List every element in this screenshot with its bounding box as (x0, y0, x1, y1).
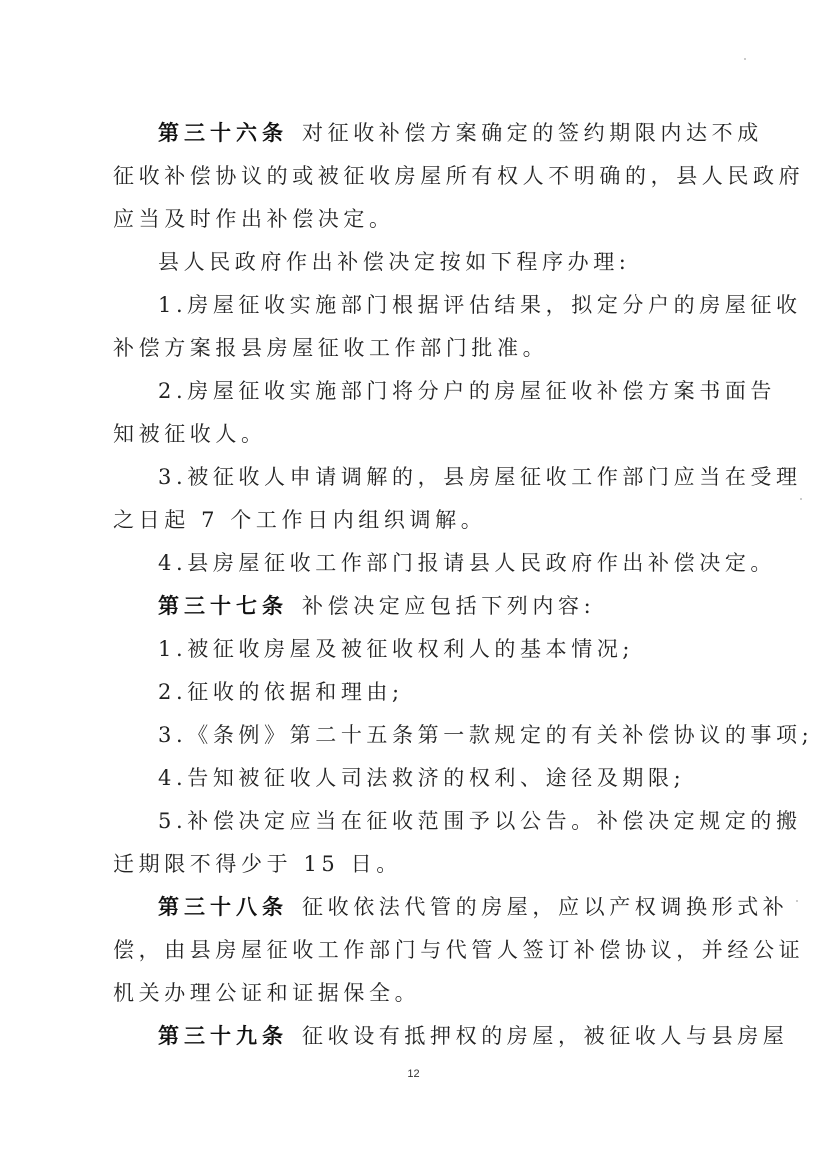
procedure-item-1-line-1: 1.房屋征收实施部门根据评估结果，拟定分户的房屋征收 (158, 290, 758, 320)
procedure-item-1-line-2: 补偿方案报县房屋征收工作部门批准。 (113, 333, 713, 363)
content-item-5-line-1: 5.补偿决定应当在征收范围予以公告。补偿决定规定的搬 (158, 806, 758, 836)
document-page: 第三十六条对征收补偿方案确定的签约期限内达不成 征收补偿协议的或被征收房屋所有权… (0, 0, 827, 1169)
procedure-item-3-line-2: 之日起 7 个工作日内组织调解。 (113, 505, 713, 535)
article-number: 第三十八条 (158, 895, 288, 919)
paragraph-text: 征收设有抵押权的房屋，被征收人与县房屋 (302, 1024, 788, 1048)
procedure-item-2-line-2: 知被征收人。 (113, 419, 713, 449)
paragraph-text: 1.被征收房屋及被征收权利人的基本情况; (158, 637, 634, 661)
scan-speck (796, 900, 798, 902)
article-number: 第三十六条 (158, 121, 288, 145)
paragraph-text: 3.被征收人申请调解的，县房屋征收工作部门应当在受理 (158, 465, 802, 489)
paragraph-text: 之日起 7 个工作日内组织调解。 (113, 508, 486, 532)
page-number: 12 (0, 1068, 827, 1080)
procedure-item-3-line-1: 3.被征收人申请调解的，县房屋征收工作部门应当在受理 (158, 462, 758, 492)
paragraph-text: 知被征收人。 (113, 422, 267, 446)
paragraph-text: 征收依法代管的房屋，应以产权调换形式补 (302, 895, 788, 919)
paragraph-text: 征收补偿协议的或被征收房屋所有权人不明确的，县人民政府 (113, 164, 804, 188)
paragraph-text: 2.房屋征收实施部门将分户的房屋征收补偿方案书面告 (158, 379, 776, 403)
content-item-2: 2.征收的依据和理由; (158, 677, 758, 707)
paragraph-text: 对征收补偿方案确定的签约期限内达不成 (302, 121, 763, 145)
article-38-line-2: 偿，由县房屋征收工作部门与代管人签订补偿协议，并经公证 (113, 935, 713, 965)
article-39-line-1: 第三十九条征收设有抵押权的房屋，被征收人与县房屋 (158, 1021, 758, 1051)
content-item-3: 3.《条例》第二十五条第一款规定的有关补偿协议的事项; (158, 720, 758, 750)
paragraph-text: 补偿方案报县房屋征收工作部门批准。 (113, 336, 548, 360)
content-item-1: 1.被征收房屋及被征收权利人的基本情况; (158, 634, 758, 664)
article-36-line-3: 应当及时作出补偿决定。 (113, 204, 713, 234)
article-36-line-1: 第三十六条对征收补偿方案确定的签约期限内达不成 (158, 118, 758, 148)
article-number: 第三十七条 (158, 594, 288, 618)
paragraph-text: 3.《条例》第二十五条第一款规定的有关补偿协议的事项; (158, 723, 813, 747)
content-item-4: 4.告知被征收人司法救济的权利、途径及期限; (158, 763, 758, 793)
content-item-5-line-2: 迁期限不得少于 15 日。 (113, 849, 713, 879)
article-38-line-1: 第三十八条征收依法代管的房屋，应以产权调换形式补 (158, 892, 758, 922)
article-37-heading: 第三十七条补偿决定应包括下列内容: (158, 591, 758, 621)
article-38-line-3: 机关办理公证和证据保全。 (113, 978, 713, 1008)
paragraph-text: 补偿决定应包括下列内容: (302, 594, 595, 618)
paragraph-text: 县人民政府作出补偿决定按如下程序办理: (158, 250, 630, 274)
procedure-intro: 县人民政府作出补偿决定按如下程序办理: (158, 247, 758, 277)
paragraph-text: 2.征收的依据和理由; (158, 680, 404, 704)
paragraph-text: 应当及时作出补偿决定。 (113, 207, 395, 231)
procedure-item-4: 4.县房屋征收工作部门报请县人民政府作出补偿决定。 (158, 548, 758, 578)
article-36-line-2: 征收补偿协议的或被征收房屋所有权人不明确的，县人民政府 (113, 161, 713, 191)
scan-speck (744, 58, 746, 60)
scan-speck (800, 498, 802, 500)
paragraph-text: 迁期限不得少于 15 日。 (113, 852, 402, 876)
paragraph-text: 偿，由县房屋征收工作部门与代管人签订补偿协议，并经公证 (113, 938, 804, 962)
paragraph-text: 4.告知被征收人司法救济的权利、途径及期限; (158, 766, 685, 790)
paragraph-text: 4.县房屋征收工作部门报请县人民政府作出补偿决定。 (158, 551, 776, 575)
procedure-item-2-line-1: 2.房屋征收实施部门将分户的房屋征收补偿方案书面告 (158, 376, 758, 406)
paragraph-text: 5.补偿决定应当在征收范围予以公告。补偿决定规定的搬 (158, 809, 802, 833)
paragraph-text: 机关办理公证和证据保全。 (113, 981, 420, 1005)
paragraph-text: 1.房屋征收实施部门根据评估结果，拟定分户的房屋征收 (158, 293, 802, 317)
article-number: 第三十九条 (158, 1024, 288, 1048)
